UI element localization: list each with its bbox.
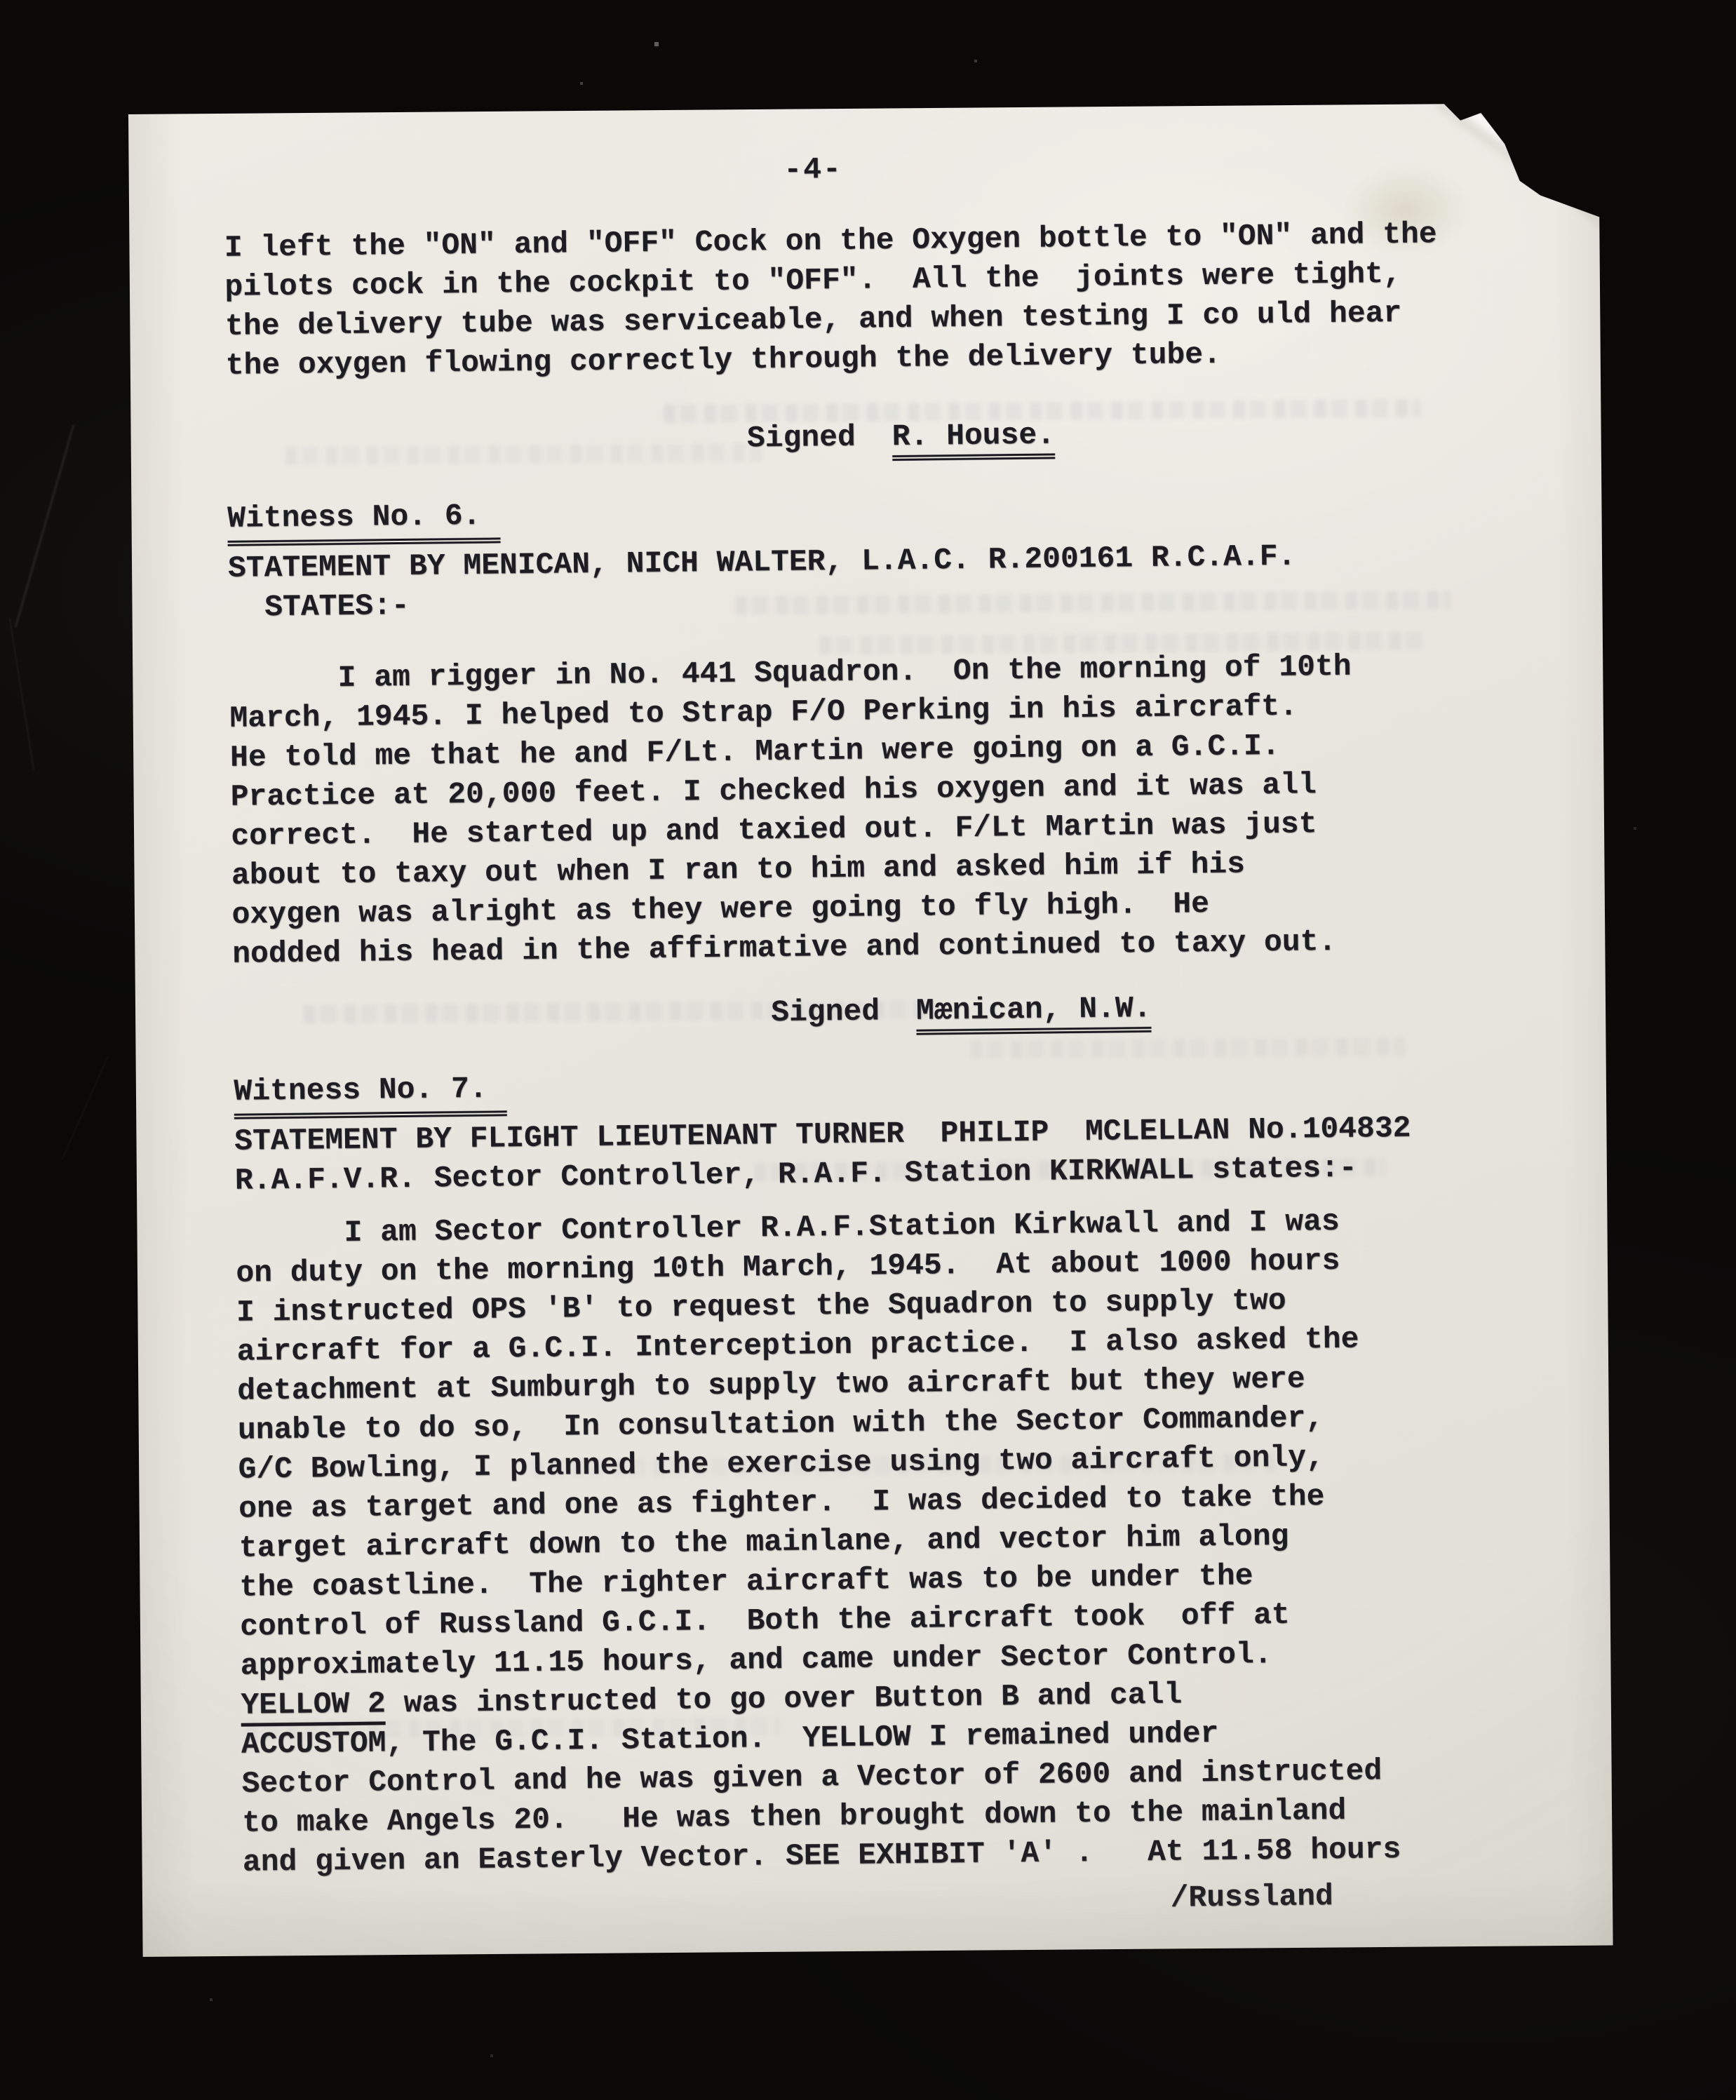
document-page: -4- I left the "ON" and "OFF" Cock on th… — [128, 103, 1613, 1957]
typewritten-content: -4- I left the "ON" and "OFF" Cock on th… — [128, 98, 1620, 1958]
signatory-name-house: R. House. — [891, 417, 1055, 461]
photo-background: -4- I left the "ON" and "OFF" Cock on th… — [0, 0, 1736, 2100]
signatory-name-menican: Mænican, N.W. — [916, 991, 1152, 1035]
witness-7-body-part2: was instructed to go over Button B and c… — [241, 1677, 1401, 1879]
page-number: -4- — [167, 143, 1459, 197]
witness-7-heading-text: Witness No. 7. — [234, 1069, 507, 1119]
witness-6-heading-text: Witness No. 6. — [227, 496, 501, 546]
signed-label: Signed — [747, 420, 856, 456]
dust-specks — [0, 0, 1, 1]
signature-line-menican: SignedMænican, N.W. — [233, 985, 1525, 1039]
witness-6-statement-body: I am rigger in No. 441 Squadron. On the … — [229, 645, 1523, 974]
catchword-russland: /Russland — [243, 1875, 1535, 1929]
underlined-callsign-yellow2: YELLOW 2 — [241, 1686, 386, 1726]
scratch-mark — [62, 1057, 109, 1160]
scratch-mark — [9, 618, 34, 771]
signature-line-house: SignedR. House. — [227, 410, 1519, 464]
scratch-mark — [15, 424, 75, 627]
witness-7-statement-body: I am Sector Controller R.A.F.Station Kir… — [235, 1200, 1534, 1883]
witness-7-body-part1: I am Sector Controller R.A.F.Station Kir… — [235, 1204, 1359, 1683]
signed-label: Signed — [771, 994, 880, 1030]
statement-continuation-body: I left the "ON" and "OFF" Cock on the Ox… — [224, 214, 1517, 386]
